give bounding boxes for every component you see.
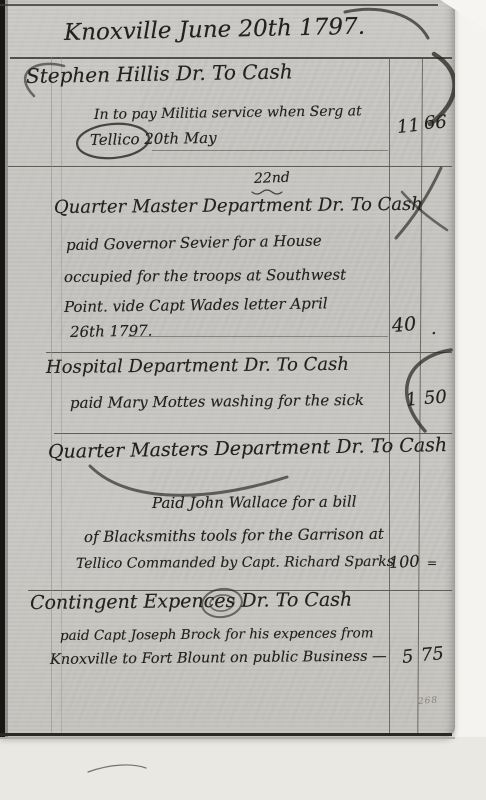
scan-edge-top [0,4,438,6]
entry-title: Stephen Hillis Dr. To Cash [26,59,293,88]
filler-dash-rule [128,336,388,337]
entry-line: of Blacksmiths tools for the Garrison at [84,525,384,546]
day-heading-squiggle [252,190,282,194]
entry-line: Tellico Commanded by Capt. Richard Spark… [76,554,394,572]
entry-separator [54,433,452,434]
entry-title: Contingent Expences Dr. To Cash [30,589,352,614]
dollars-column-rule [389,57,390,733]
amount-cents: 66 [423,111,447,134]
entry-line: Point. vide Capt Wades letter April [64,294,328,316]
header-rule [10,57,452,59]
entry-line: paid Capt Joseph Brock for his expences … [60,625,374,644]
entry-line: Paid John Wallace for a bill [152,493,357,512]
amount-dollars: 40 [391,313,417,337]
entry-line: paid Governor Sevier for a House [66,232,322,254]
amount-cents: 75 [420,643,445,666]
amount-cents: . [431,318,437,339]
entry-separator [46,352,452,353]
page-heading: Knoxville June 20th 1797. [64,14,366,46]
entry-title: Quarter Master Department Dr. To Cash [54,194,423,218]
entry-line: occupied for the troops at Southwest [64,266,346,286]
ink-flourish [90,466,287,495]
scan-background-bottom [0,737,486,800]
scan-edge-left-shade [5,0,8,737]
day-heading: 22nd [254,170,290,187]
amount-dollars: 5 [401,646,415,668]
scanned-page-canvas: Knoxville June 20th 1797. Stephen Hillis… [0,0,486,800]
amount-dollars: 100 [389,551,420,572]
paper-bottom-edge [0,733,452,736]
amount-cents: = [427,556,437,570]
entry-line: 26th 1797. [70,322,153,341]
amount-dollars: 11 [396,115,421,138]
entry-line: Knoxville to Fort Blount on public Busin… [50,648,387,668]
entry-line: Tellico 20th May [90,129,217,149]
entry-title: Quarter Masters Department Dr. To Cash [48,434,448,463]
entry-title: Hospital Department Dr. To Cash [46,354,349,378]
amount-dollars: 1 [405,389,419,411]
entry-line: paid Mary Mottes washing for the sick [70,391,364,412]
filler-dash-rule [152,150,388,151]
amount-cents: 50 [423,386,447,409]
entry-line: In to pay Militia service when Serg at [94,103,362,123]
pencil-note: 268 [418,696,439,707]
paper-bottom-shadow [0,737,455,739]
entry-separator [8,166,452,167]
cents-column-rule [417,57,423,733]
ledger-paper: Knoxville June 20th 1797. Stephen Hillis… [0,0,455,737]
margin-rule-outer [51,57,52,733]
scan-background-right [455,0,486,800]
